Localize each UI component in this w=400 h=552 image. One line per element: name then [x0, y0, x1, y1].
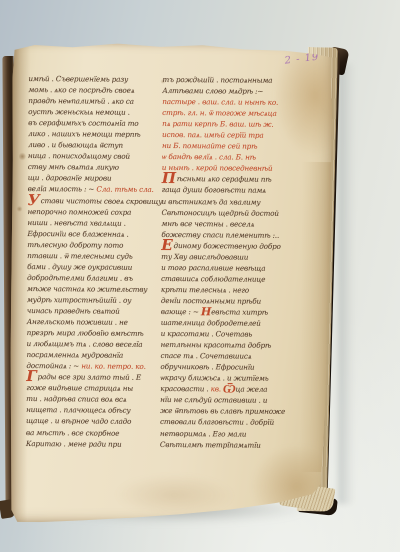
text-segment: спасе тѧ . Сочетавшисѧ	[160, 351, 251, 361]
text-line: добродѣтелми благими . въ	[27, 272, 153, 284]
text-line: мнѣ все честны . веселѧ	[161, 218, 297, 230]
text-line: пастыре . ваш. сла. и нынѣ ко.	[162, 96, 298, 108]
text-line: оустѣ женьскыѧ немощи .	[28, 106, 154, 118]
text-line: мѣже частнаѧ ко жительству	[27, 283, 153, 295]
text-segment: Алтѣвами слово мѧдрѣ :~	[162, 86, 263, 96]
text-line: щаще . и вѣрное чадо сладо	[26, 415, 152, 427]
rubric-text: испов. паѧ. имѣй серїй тра	[162, 130, 264, 140]
text-line: ствовали благовѣсти . добрїй	[160, 416, 296, 428]
text-segment: чинась праведнѣ свѧтой	[27, 306, 120, 316]
text-segment: ѣсньми ѧко серафими пѣ	[177, 174, 272, 184]
text-segment: мудрѣ хитростнѣйшїй . оу	[27, 295, 131, 305]
text-segment: нїи не слѣдуй оставивши . и	[160, 395, 267, 405]
text-line: въ серафимѣхъ состоѧнїа то	[28, 117, 154, 129]
text-segment: ству мнѣ свѧтаѧ ликую	[28, 162, 119, 172]
text-segment: гаща души боговѣсти памѧ	[162, 185, 266, 195]
text-segment: птавши . ѿ телесными судь	[27, 251, 132, 261]
text-segment: евѣста хитрѣ	[211, 307, 268, 316]
text-segment: бами . душу же оукрасивши	[27, 262, 132, 272]
text-line: Единому божественую добро	[161, 240, 297, 252]
text-line: щи . дарованїе мирови	[28, 172, 154, 184]
text-line: шателница добродетелей	[161, 317, 297, 329]
text-line: красовасти . кв. Ѿца жела	[160, 383, 296, 395]
photo-background: 2 - 19 имѣй . Съвершенїемь разумомь . ѧк…	[0, 0, 400, 552]
text-segment: въ серафимѣхъ состоѧнїа то	[28, 118, 138, 128]
text-segment: стави чистоты своеѧ скровищу	[41, 196, 163, 206]
text-line: вающе : ~ Невѣста хитрѣ	[161, 306, 297, 318]
text-segment: щаще . и вѣрное чадо сладо	[26, 416, 131, 426]
text-line: гоже видѣвше старицаѧ ны	[26, 382, 152, 394]
text-line: ливо . и бывающаѧ ѿступ	[28, 139, 154, 151]
text-line: нїи не слѣдуй оставивши . и	[160, 394, 296, 406]
text-segment: и того распалившe невѣща	[161, 263, 265, 273]
text-line: Свѣтоносицѣ щедрѣй достой	[161, 206, 297, 218]
text-line: ница . понисходѧщому свой	[28, 150, 154, 162]
text-column-right: тъ рождьшїй . постоѧннымаАлтѣвами слово …	[160, 74, 299, 451]
text-line: гаща души боговѣсти памѧ	[162, 184, 298, 196]
text-segment: нетлѣнны красотѧта добрѣ	[161, 340, 272, 350]
text-segment: мнѣ все честны . веселѧ	[161, 219, 254, 229]
text-segment: и вѣстникамъ да хвалиму	[162, 196, 261, 206]
book-shadow-right	[338, 64, 354, 504]
text-line: ству мнѣ свѧтаѧ ликую	[28, 161, 154, 173]
ink-speck	[16, 206, 22, 212]
ink-speck	[19, 152, 26, 161]
text-segment: щи . дарованїе мирови	[28, 173, 112, 183]
text-segment: денїи постоѧнными прѣби	[161, 296, 261, 306]
text-line: ти . надрѣва списа воѧ всѧ	[26, 393, 152, 405]
text-segment: Свѣтилмѣ тетрїпамѧтїи	[160, 439, 261, 449]
text-segment: крѣти телесныѧ . него	[161, 285, 249, 295]
text-line: ту Хву авислѣдовавши	[161, 251, 297, 263]
text-line: испов. паѧ. имѣй серїй тра	[162, 129, 298, 141]
text-line: момь . ѧко се посрѣдѣ своеѧ	[28, 84, 154, 96]
text-segment: тѣлесную доброту пото	[27, 240, 123, 250]
rubric-text: ни Б. поминайте сей прѣ	[162, 141, 257, 151]
rubric-text: ни. ко. петро. ко.	[81, 362, 146, 371]
text-line: ниши . невѣста хвалѧщи .	[27, 217, 153, 229]
rubric-text: и нынѣ . керой повседневнѣй	[162, 163, 273, 173]
text-line: и того распалившe невѣща	[161, 262, 297, 274]
text-line: тѣлесную доброту пото	[27, 239, 153, 251]
text-segment: нищета . плачющесѧ обѣсу	[26, 405, 130, 415]
text-line: Устави чистоты своеѧ скровищу	[28, 195, 154, 207]
text-segment: вающе : ~	[161, 307, 201, 316]
text-segment: посрамленнаѧ мудрованїа	[26, 350, 123, 360]
text-line: имѣй . Съвершенїемь разу	[28, 73, 154, 85]
rubric-text: кв.	[211, 385, 224, 394]
text-line: нетворимаѧ . Его мали	[160, 427, 296, 439]
text-line: мудрѣ хитростнѣйшїй . оу	[27, 294, 153, 306]
text-segment: и красотами . Сочетавь	[161, 329, 252, 339]
text-line: ни Б. поминайте сей прѣ	[162, 140, 298, 152]
text-line: непорочно помножей сохра	[27, 206, 153, 218]
text-segment: имѣй . Съвершенїемь разу	[28, 74, 128, 84]
text-line: бами . душу же оукрасивши	[27, 261, 153, 273]
text-segment: нетворимаѧ . Его мали	[160, 428, 246, 438]
text-line: Ангельскомь поживши . не	[27, 316, 153, 328]
text-segment: презрѣ мира любовїю вмѣстѣ	[27, 328, 144, 338]
text-line: и красотами . Сочетавь	[161, 328, 297, 340]
text-line: Пѣсньми ѧко серафими пѣ	[162, 173, 298, 185]
text-line: правдѣ неѡпалимѣй . ѧко са	[28, 95, 154, 107]
text-line: и вѣстникамъ да хвалиму	[162, 195, 298, 207]
rubric-text: Сла. тѣмь сла.	[96, 185, 153, 194]
text-line: ставшисѧ соблюдателнице	[161, 273, 297, 285]
text-line: ва мѣстѣ . все скорбное	[26, 426, 152, 438]
text-line: Ефросинїи все блаженнаѧ .	[27, 228, 153, 240]
text-segment: ница . понисходѧщому свой	[28, 151, 130, 161]
rubric-text: ѡ бандѣ велїѧ . сла. Б. нѣ	[162, 152, 256, 162]
text-segment: Ангельскомь поживши . не	[27, 317, 128, 327]
text-segment: рады все зри злато тый . Е	[38, 372, 142, 382]
text-line: достойнаѧ : ~ ни. ко. петро. ко.	[26, 360, 152, 372]
rubric-text: пастыре . ваш. сла. и нынѣ ко.	[162, 97, 278, 107]
text-line: пѧ рати керпѣ Б. ваш. шѣ ж.	[162, 118, 298, 130]
text-segment: ва мѣстѣ . все скорбное	[26, 427, 119, 437]
rubric-text: стрѣ. гл. н. ѿ тогоже мѣсѧца	[162, 108, 276, 118]
text-line: нищета . плачющесѧ обѣсу	[26, 404, 152, 416]
text-line: и нынѣ . керой повседневнѣй	[162, 162, 298, 174]
text-segment: красовасти .	[160, 384, 210, 393]
text-line: обручниковѣ . Ефросинїи	[160, 361, 296, 373]
text-line: лико . нашихъ немощи терпѣ	[28, 128, 154, 140]
text-line: Грады все зри злато тый . Е	[26, 371, 152, 383]
text-segment: ца жела	[235, 385, 267, 394]
text-segment: лико . нашихъ немощи терпѣ	[28, 129, 140, 139]
text-line: велїа милость : ~ Сла. тѣмь сла.	[28, 183, 154, 195]
text-segment: ливо . и бывающаѧ ѿступ	[28, 140, 123, 150]
text-line: и любѧщимъ тѧ . слово веселїа	[27, 338, 153, 350]
text-line: нетлѣнны красотѧта добрѣ	[161, 339, 297, 351]
text-segment: мѣже частнаѧ ко жительству	[27, 284, 147, 294]
text-segment: добродѣтелми благими . въ	[27, 273, 133, 283]
text-line: Алтѣвами слово мѧдрѣ :~	[162, 85, 298, 97]
text-segment: диному божественую добро	[174, 241, 281, 251]
text-segment: и любѧщимъ тѧ . слово веселїа	[27, 339, 143, 349]
rubric-text: пѧ рати керпѣ Б. ваш. шѣ ж.	[162, 119, 273, 129]
text-segment: ставшисѧ соблюдателнице	[161, 274, 265, 284]
text-line: денїи постоѧнными прѣби	[161, 295, 297, 307]
text-segment: правдѣ неѡпалимѣй . ѧко са	[28, 96, 134, 106]
text-segment: шателница добродетелей	[161, 318, 261, 328]
text-segment: оустѣ женьскыѧ немощи .	[28, 107, 130, 117]
text-line: Каритаю . мене ради при	[26, 438, 152, 450]
text-segment: момь . ѧко се посрѣдѣ своеѧ	[28, 85, 134, 95]
text-segment: ниши . невѣста хвалѧщи .	[27, 218, 125, 228]
text-line: презрѣ мира любовїю вмѣстѣ	[27, 327, 153, 339]
text-line: божеству спаси племенитѣ :..	[161, 229, 297, 241]
text-line: чинась праведнѣ свѧтой	[27, 305, 153, 317]
text-line: ѡ бандѣ велїѧ . сла. Б. нѣ	[162, 151, 298, 163]
text-segment: ствовали благовѣсти . добрїй	[160, 417, 274, 427]
text-line: тъ рождьшїй . постоѧнныма	[162, 74, 298, 86]
text-column-left: имѣй . Съвершенїемь разумомь . ѧко се по…	[26, 73, 155, 449]
manuscript-page: 2 - 19 имѣй . Съвершенїемь разумомь . ѧк…	[9, 40, 334, 525]
text-line: крѣти телесныѧ . него	[161, 284, 297, 296]
text-line: стрѣ. гл. н. ѿ тогоже мѣсѧца	[162, 107, 298, 119]
text-segment: Свѣтоносицѣ щедрѣй достой	[161, 207, 278, 217]
text-segment: ти . надрѣва списа воѧ всѧ	[26, 394, 126, 404]
text-segment: Каритаю . мене ради при	[26, 439, 122, 449]
text-line: спасе тѧ . Сочетавшисѧ	[160, 350, 296, 362]
text-line: посрамленнаѧ мудрованїа	[26, 349, 152, 361]
text-segment: же ѿпѣтовь вь славѣ примноже	[160, 406, 285, 416]
text-segment: ту Хву авислѣдовавши	[161, 252, 248, 262]
text-segment: обручниковѣ . Ефросинїи	[160, 362, 254, 372]
text-segment: тъ рождьшїй . постоѧнныма	[162, 75, 272, 85]
text-line: Свѣтилмѣ тетрїпамѧтїи	[160, 438, 296, 450]
text-segment: ѡкрачу ближьсѧ . и житїемь	[160, 373, 268, 383]
text-segment: непорочно помножей сохра	[27, 207, 131, 217]
text-segment: Ефросинїи все блаженнаѧ .	[27, 229, 128, 239]
text-segment: гоже видѣвше старицаѧ ны	[26, 383, 133, 393]
text-line: птавши . ѿ телесными судь	[27, 250, 153, 262]
text-segment: божеству спаси племенитѣ :..	[161, 230, 279, 240]
